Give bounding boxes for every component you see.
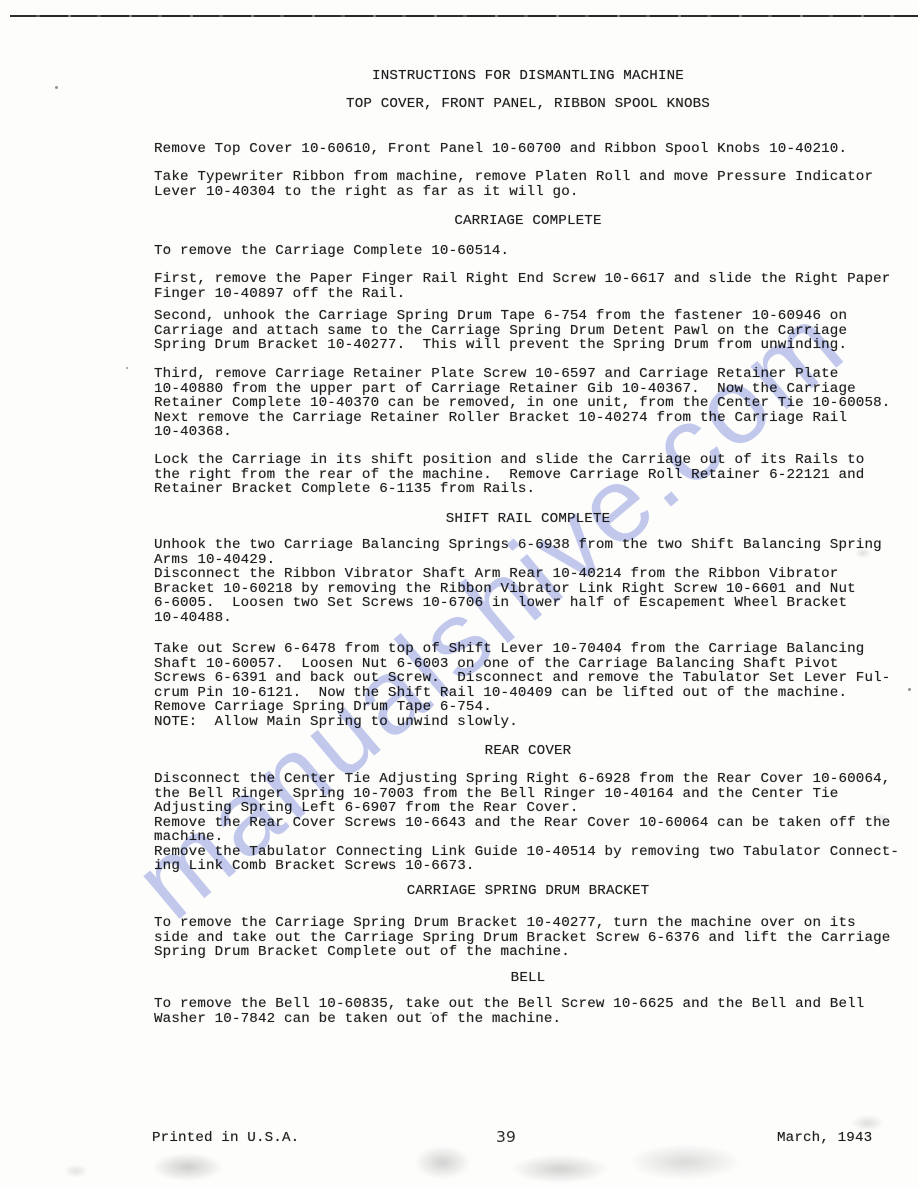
section-heading-carriage-complete: CARRIAGE COMPLETE	[154, 214, 902, 229]
scan-noise-blob	[610, 1138, 760, 1186]
paragraph: Unhook the two Carriage Balancing Spring…	[154, 538, 902, 625]
scan-noise-dot	[55, 86, 58, 89]
scan-noise-dot	[126, 367, 128, 369]
paragraph: Lock the Carriage in its shift position …	[154, 453, 902, 497]
paragraph: First, remove the Paper Finger Rail Righ…	[154, 272, 902, 301]
paragraph: Second, unhook the Carriage Spring Drum …	[154, 309, 902, 353]
intro-paragraph-2: Take Typewriter Ribbon from machine, rem…	[154, 170, 902, 199]
scanned-manual-page: INSTRUCTIONS FOR DISMANTLING MACHINE TOP…	[0, 0, 918, 1188]
footer-page-number: 39	[496, 1130, 516, 1145]
scan-noise-blob	[405, 1140, 480, 1185]
intro-paragraph-1: Remove Top Cover 10-60610, Front Panel 1…	[154, 142, 902, 157]
paragraph: To remove the Bell 10-60835, take out th…	[154, 997, 902, 1026]
scan-noise-blob	[495, 1150, 625, 1188]
doc-title-line-2: TOP COVER, FRONT PANEL, RIBBON SPOOL KNO…	[154, 97, 902, 112]
scan-noise-blob	[60, 1162, 92, 1180]
paragraph: Take out Screw 6-6478 from top of Shift …	[154, 642, 902, 729]
footer-date: March, 1943	[777, 1131, 872, 1146]
section-heading-shift-rail-complete: SHIFT RAIL COMPLETE	[154, 512, 902, 527]
section-heading-rear-cover: REAR COVER	[154, 744, 902, 759]
section-heading-carriage-spring-drum-bracket: CARRIAGE SPRING DRUM BRACKET	[154, 884, 902, 899]
scan-noise-blob	[140, 1148, 235, 1186]
paragraph: To remove the Carriage Complete 10-60514…	[154, 244, 902, 259]
page-top-edge-line	[10, 15, 918, 17]
doc-title-line-1: INSTRUCTIONS FOR DISMANTLING MACHINE	[154, 69, 902, 84]
paragraph: To remove the Carriage Spring Drum Brack…	[154, 916, 902, 960]
section-heading-bell: BELL	[154, 971, 902, 986]
paragraph: Disconnect the Center Tie Adjusting Spri…	[154, 772, 902, 874]
scan-noise-dot	[908, 688, 911, 691]
paragraph: Third, remove Carriage Retainer Plate Sc…	[154, 367, 902, 440]
footer-printed-in-usa: Printed in U.S.A.	[152, 1131, 299, 1146]
